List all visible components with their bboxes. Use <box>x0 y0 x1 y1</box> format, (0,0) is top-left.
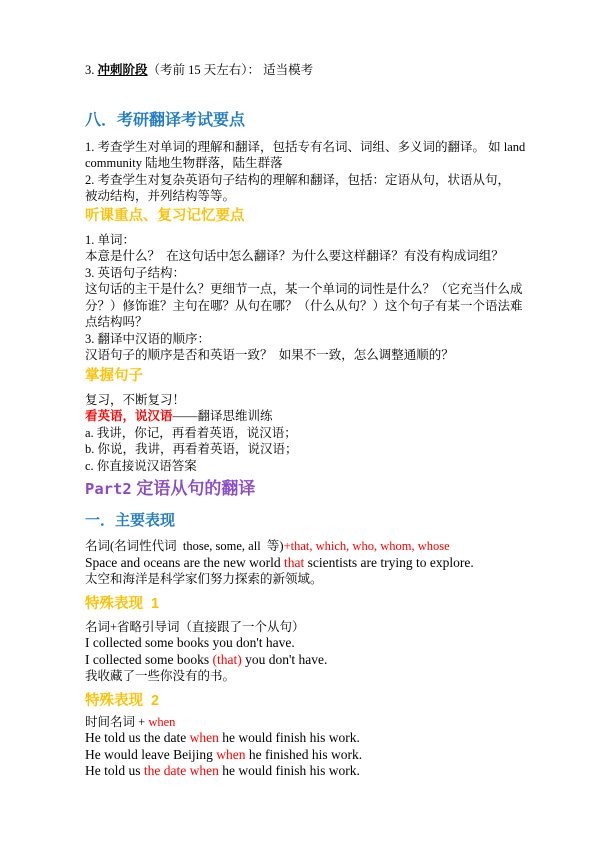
text-line: 汉语句子的顺序是否和英语一致？ 如果不一致，怎么调整通顺的？ <box>85 347 596 364</box>
document-page: 3. 冲刺阶段（考前 15 天左右）： 适当模考 八．考研翻译考试要点 1. 考… <box>0 0 596 842</box>
heading-part2-attributive-clauses: Part2 定语从句的翻译 <box>85 478 596 500</box>
highlight-red: +that, which, who, whom, whose <box>284 539 450 553</box>
example-sentence-en: He told us the date when he would finish… <box>85 730 596 747</box>
highlight-red: when <box>190 730 219 745</box>
text-line: 被动结构，并列结构等等。 <box>85 188 596 205</box>
heading-master-sentences: 掌握句子 <box>85 367 596 386</box>
text-line: community 陆地生物群落，陆生群落 <box>85 155 596 172</box>
text-line: 这句话的主干是什么？更细节一点，某一个单词的词性是什么？（它充当什么成 <box>85 281 596 298</box>
text-segment: Space and oceans are the new world <box>85 555 284 570</box>
emphasized-term: 冲刺阶段 <box>98 63 148 77</box>
formula-black: 名词(名词性代词 those, some, all 等) <box>85 539 284 553</box>
formula-black: 时间名词 + <box>85 715 148 729</box>
paragraph-master-sentences: 复习，不断复习！ 看英语，说汉语——翻译思维训练 a. 我讲，你记，再看着英语，… <box>85 392 596 475</box>
text-segment: I collected some books <box>85 652 212 667</box>
example-sentence-en: He would leave Beijing when he finished … <box>85 747 596 764</box>
example-sentence-en: I collected some books (that) you don't … <box>85 652 596 669</box>
example-sentence-en: I collected some books you don't have. <box>85 635 596 652</box>
example-sentence-en: Space and oceans are the new world that … <box>85 555 596 572</box>
text-segment: He told us the date <box>85 730 190 745</box>
text-line: b. 你说，我讲，再看着英语，说汉语； <box>85 441 596 458</box>
formula-line: 名词(名词性代词 those, some, all 等)+that, which… <box>85 538 596 555</box>
text-line: 点结构吗？ <box>85 314 596 331</box>
text-line: 1. 考查学生对单词的理解和翻译，包括专有名词、词组、多义词的翻译。 如 lan… <box>85 139 596 156</box>
paragraph-exam-points: 1. 考查学生对单词的理解和翻译，包括专有名词、词组、多义词的翻译。 如 lan… <box>85 139 596 205</box>
text-line: 本意是什么？ 在这句话中怎么翻译？为什么要这样翻译？有没有构成词组？ <box>85 248 596 265</box>
text-line: 3. 翻译中汉语的顺序： <box>85 331 596 348</box>
text-line: 分？）修饰谁？主句在哪？从句在哪？（什么从句？）这个句子有某一个语法难 <box>85 298 596 315</box>
heading-exam-points: 八．考研翻译考试要点 <box>85 110 596 132</box>
text-segment: scientists are trying to explore. <box>304 555 473 570</box>
text-segment: he finished his work. <box>245 747 362 762</box>
text-segment: He told us <box>85 763 144 778</box>
intro-prefix: 3. <box>85 63 98 77</box>
part2-label: Part2 <box>85 480 132 498</box>
formula-line: 名词+省略引导词（直接跟了一个从句） <box>85 619 596 636</box>
example-sentence-zh: 我收藏了一些你没有的书。 <box>85 668 596 685</box>
part2-title-zh: 定语从句的翻译 <box>132 479 256 498</box>
heading-main-patterns: 一．主要表现 <box>85 510 596 531</box>
text-segment: he would finish his work. <box>219 730 360 745</box>
highlight-red: that <box>284 555 304 570</box>
text-segment: ——翻译思维训练 <box>173 409 273 423</box>
heading-special-pattern-2: 特殊表现 2 <box>85 692 596 711</box>
example-sentence-en: He told us the date when he would finish… <box>85 763 596 780</box>
text-line: 2. 考查学生对复杂英语句子结构的理解和翻译，包括：定语从句，状语从句， <box>85 172 596 189</box>
text-line: a. 我讲，你记，再看着英语，说汉语； <box>85 425 596 442</box>
heading-listening-review: 听课重点、复习记忆要点 <box>85 207 596 226</box>
text-line: 看英语，说汉语——翻译思维训练 <box>85 408 596 425</box>
formula-line: 时间名词 + when <box>85 714 596 731</box>
text-segment: he would finish his work. <box>219 763 360 778</box>
intro-suffix: （考前 15 天左右）： 适当模考 <box>148 63 314 77</box>
text-line: 1. 单词： <box>85 232 596 249</box>
heading-special-pattern-1: 特殊表现 1 <box>85 595 596 614</box>
highlight-red: when <box>216 747 245 762</box>
text-line: c. 你直接说汉语答案 <box>85 458 596 475</box>
paragraph-listening-review: 1. 单词： 本意是什么？ 在这句话中怎么翻译？为什么要这样翻译？有没有构成词组… <box>85 232 596 364</box>
intro-line: 3. 冲刺阶段（考前 15 天左右）： 适当模考 <box>85 62 596 79</box>
highlight-red: when <box>148 715 175 729</box>
example-sentence-zh: 太空和海洋是科学家们努力探索的新领域。 <box>85 571 596 588</box>
text-line: 复习，不断复习！ <box>85 392 596 409</box>
paragraph-special-pattern-1: 名词+省略引导词（直接跟了一个从句） I collected some book… <box>85 619 596 685</box>
highlight-red: 看英语，说汉语 <box>85 409 173 423</box>
text-segment: He would leave Beijing <box>85 747 216 762</box>
text-line: 3. 英语句子结构： <box>85 265 596 282</box>
paragraph-main-patterns: 名词(名词性代词 those, some, all 等)+that, which… <box>85 538 596 588</box>
highlight-red: (that) <box>212 652 241 667</box>
highlight-red: the date when <box>144 763 219 778</box>
text-segment: you don't have. <box>242 652 328 667</box>
paragraph-special-pattern-2: 时间名词 + when He told us the date when he … <box>85 714 596 780</box>
